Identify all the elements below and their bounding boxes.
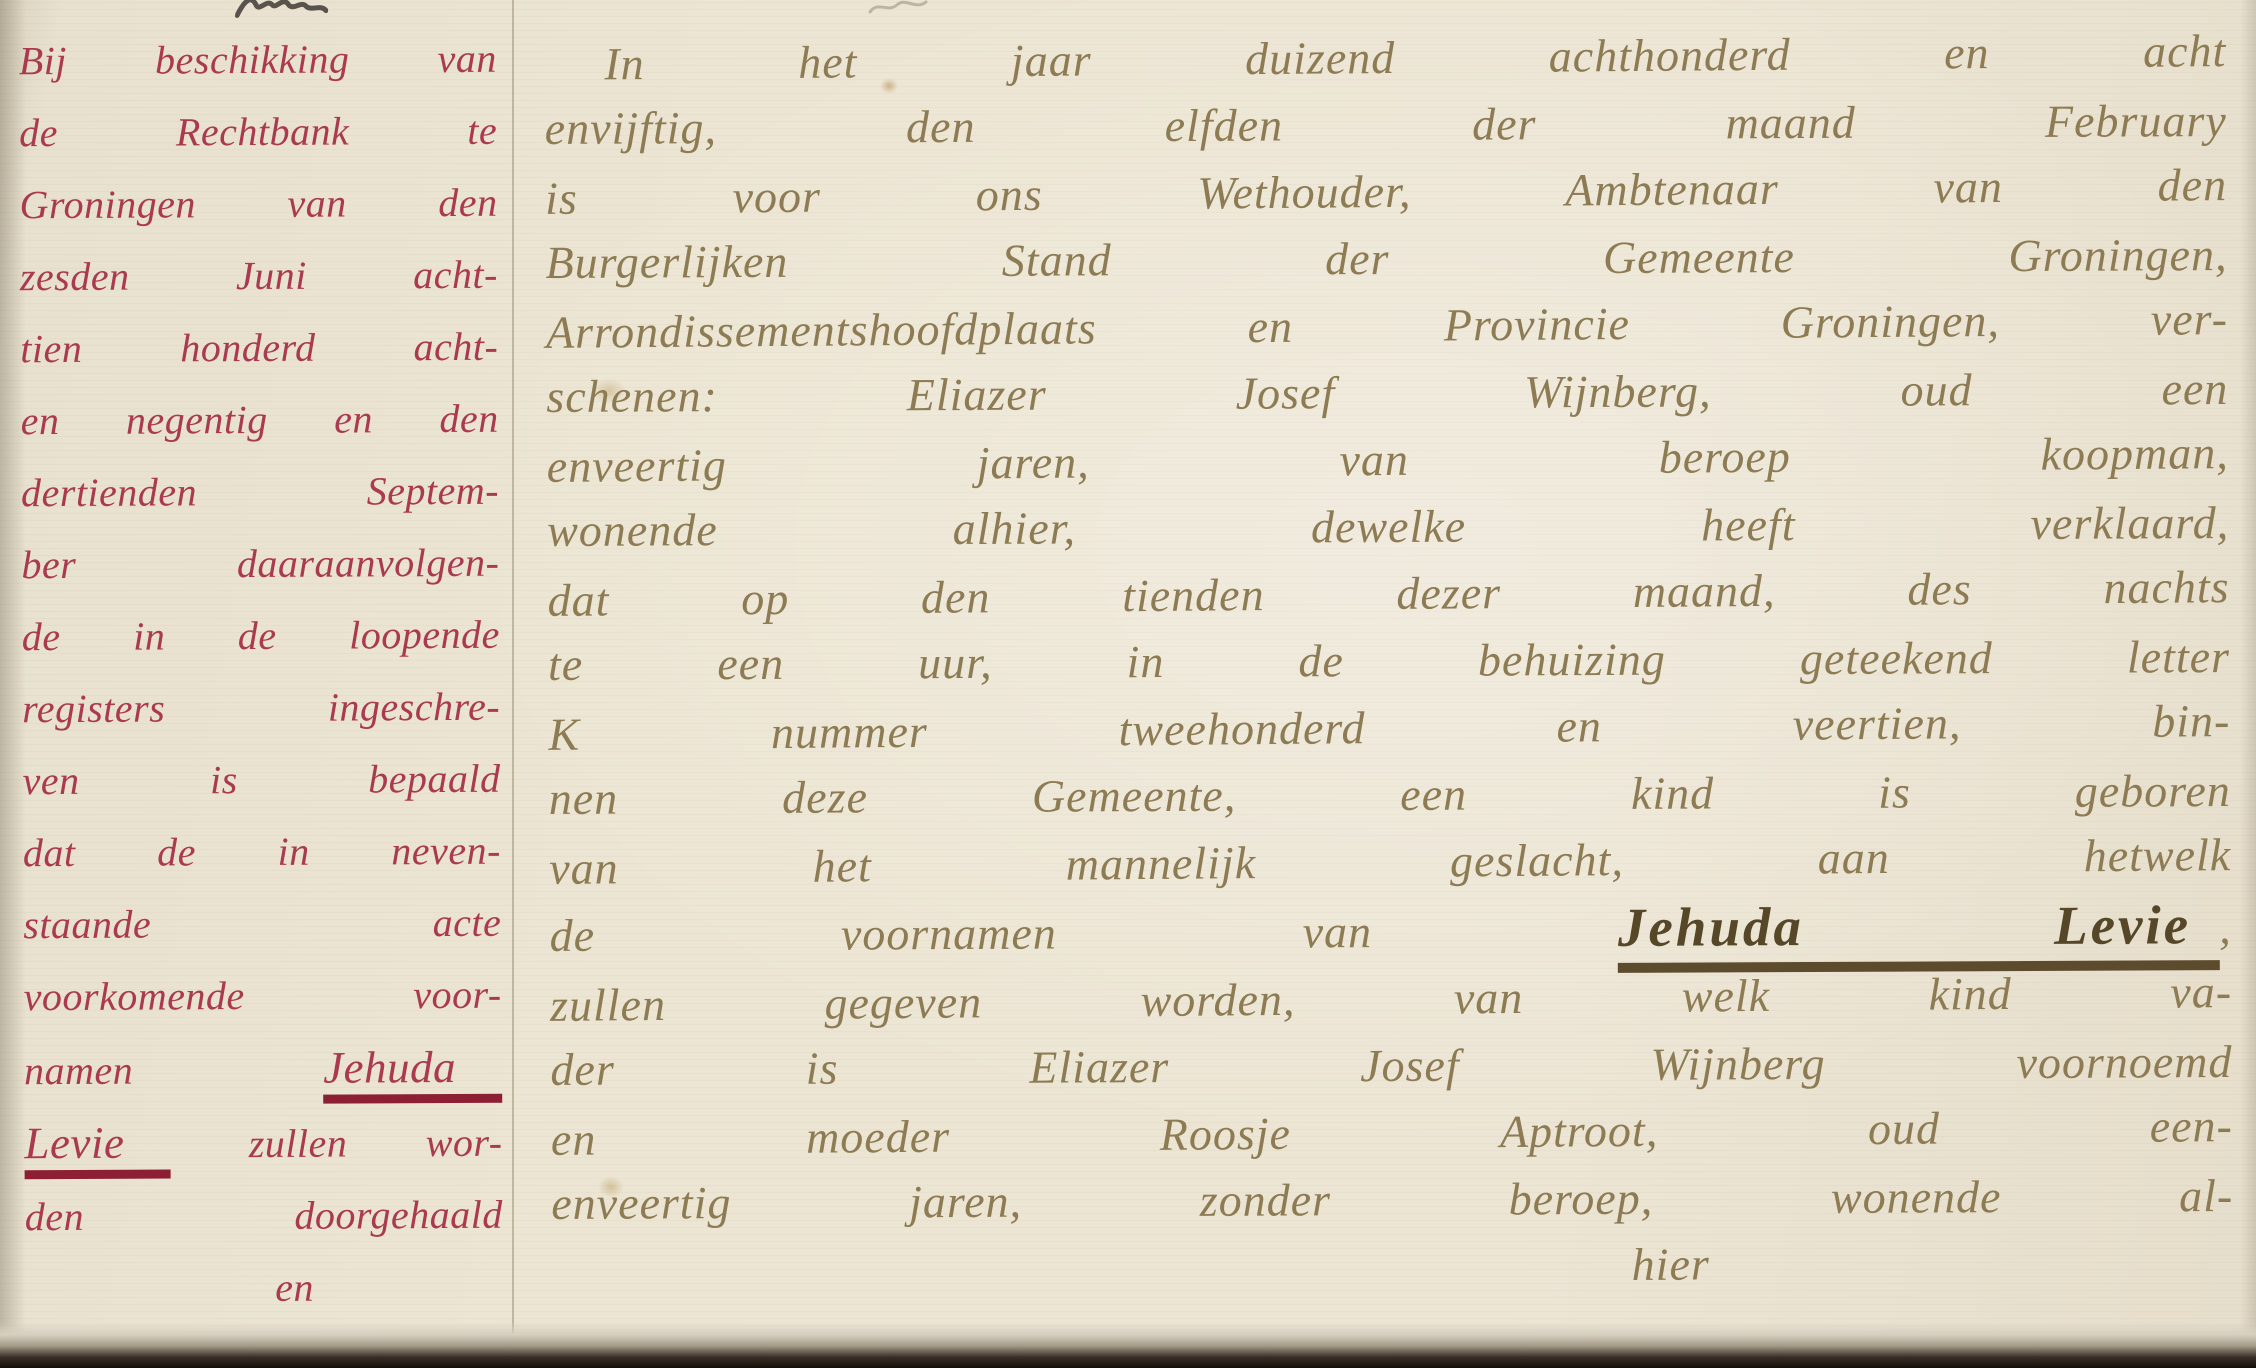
text-line: de Rechtbank te [19,95,497,170]
text-line: te een uur, in de behuizing geteekend le… [548,623,2230,698]
text-segment: Bij beschikking van [19,36,497,84]
text-line: registers ingeschre- [22,671,500,746]
text-line: van het mannelijk geslacht, aan hetwelk [549,821,2231,902]
margin-annotation-red-ink: Bij beschikking vande Rechtbank teGronin… [19,23,504,1325]
text-segment: de in de loopende [22,612,500,660]
text-line: zesden Juni acht- [20,239,498,314]
text-line: de voornamen van Jehuda Levie, [549,891,2231,969]
text-line: Bij beschikking van [19,23,497,98]
text-segment: K nummer tweehonderd en veertien, bin- [548,695,2230,760]
text-line: ber daaraanvolgen- [21,527,499,602]
text-line: de in de loopende [22,599,500,674]
text-segment: is voor ons Wethouder, Ambtenaar van den [545,159,2227,224]
page-bottom-edge [0,1322,2256,1368]
text-segment: en [275,1265,314,1310]
text-segment: In het jaar duizend achthonderd en acht [604,25,2226,89]
text-line: Levie zullen wor- [24,1105,502,1182]
text-line: Burgerlijken Stand der Gemeente Groninge… [545,221,2227,296]
text-line: dat de in neven- [23,815,501,890]
text-segment: zesden Juni acht- [20,252,498,300]
text-line: voorkomende voor- [24,959,502,1034]
text-segment: hier [1631,1238,1710,1290]
text-segment: dat op den tienden dezer maand, des nach… [547,561,2229,626]
text-segment: voorkomende voor- [24,972,502,1020]
text-segment: Arrondissementshoofdplaats en Provincie … [546,293,2228,358]
ink-mark-top [868,0,930,16]
text-segment: van het mannelijk geslacht, aan hetwelk [549,829,2231,894]
text-segment: ven is bepaald [22,756,500,804]
text-segment: der is Eliazer Josef Wijnberg voornoemd [550,1036,2232,1095]
text-segment: den doorgehaald [25,1192,503,1240]
text-line: dertienden Septem- [21,455,499,530]
text-line: den doorgehaald [25,1179,503,1254]
page-right-edge [2240,0,2256,1368]
text-segment: de voornamen van [550,905,1618,961]
text-segment: schenen: Eliazer Josef Wijnberg, oud een [546,363,2228,422]
text-segment: tien honderd acht- [20,324,498,372]
text-segment: nen deze Gemeente, een kind is geboren [549,765,2231,824]
text-line: nen deze Gemeente, een kind is geboren [549,757,2231,832]
text-line: schenen: Eliazer Josef Wijnberg, oud een [546,355,2228,430]
text-segment: envijftig, den elfden der maand February [545,95,2227,154]
document-page: Bij beschikking vande Rechtbank teGronin… [0,0,2256,1368]
text-segment: namen [24,1047,323,1094]
text-segment: zullen gegeven worden, van welk kind va- [550,966,2232,1031]
text-line: wonende alhier, dewelke heeft verklaard, [547,489,2229,564]
text-line: zullen gegeven worden, van welk kind va- [550,958,2232,1039]
text-segment: en negentig en den [21,396,499,444]
text-line: is voor ons Wethouder, Ambtenaar van den [545,151,2227,232]
text-line: en moeder Roosje Aptroot, oud een- [551,1092,2233,1173]
text-line: enveertig jaren, van beroep koopman, [547,419,2229,500]
text-segment: enveertig jaren, zonder beroep, wonende … [551,1170,2233,1229]
text-segment: dertienden Septem- [21,468,499,516]
text-line: ven is bepaald [22,743,500,818]
text-segment: zullen wor- [170,1120,502,1167]
text-line: der is Eliazer Josef Wijnberg voornoemd [550,1028,2232,1103]
underlined-name-text: Jehuda [323,1042,502,1104]
text-segment: Burgerlijken Stand der Gemeente Groninge… [545,229,2227,288]
text-segment: te een uur, in de behuizing geteekend le… [548,631,2230,690]
text-line: en negentig en den [20,383,498,458]
text-segment: registers ingeschre- [22,684,500,732]
text-line: Arrondissementshoofdplaats en Provincie … [546,285,2228,366]
text-segment: , [2219,902,2232,953]
text-line: K nummer tweehonderd en veertien, bin- [548,687,2230,768]
text-line: enveertig jaren, zonder beroep, wonende … [551,1162,2233,1237]
text-segment: dat de in neven- [23,828,501,876]
text-line: hier [551,1226,2233,1307]
margin-rule-line [512,0,514,1334]
text-segment: ber daaraanvolgen- [21,540,499,588]
text-line: dat op den tienden dezer maand, des nach… [547,553,2229,634]
underlined-name-text: Levie [24,1117,170,1179]
text-line: tien honderd acht- [20,311,498,386]
text-segment: Groningen van den [19,180,497,228]
text-line: In het jaar duizend achthonderd en acht [544,17,2226,98]
text-line: envijftig, den elfden der maand February [545,87,2227,162]
record-body-text: In het jaar duizend achthonderd en achte… [544,19,2234,1305]
text-segment: staande acte [23,900,501,948]
text-line: Groningen van den [19,167,497,242]
text-segment: en moeder Roosje Aptroot, oud een- [551,1100,2233,1165]
text-segment: enveertig jaren, van beroep koopman, [547,427,2229,492]
text-segment: de Rechtbank te [19,108,497,156]
text-line: staande acte [23,887,501,962]
text-line: namen Jehuda [24,1031,502,1108]
text-segment: wonende alhier, dewelke heeft verklaard, [547,497,2229,556]
text-line: en [25,1251,503,1326]
